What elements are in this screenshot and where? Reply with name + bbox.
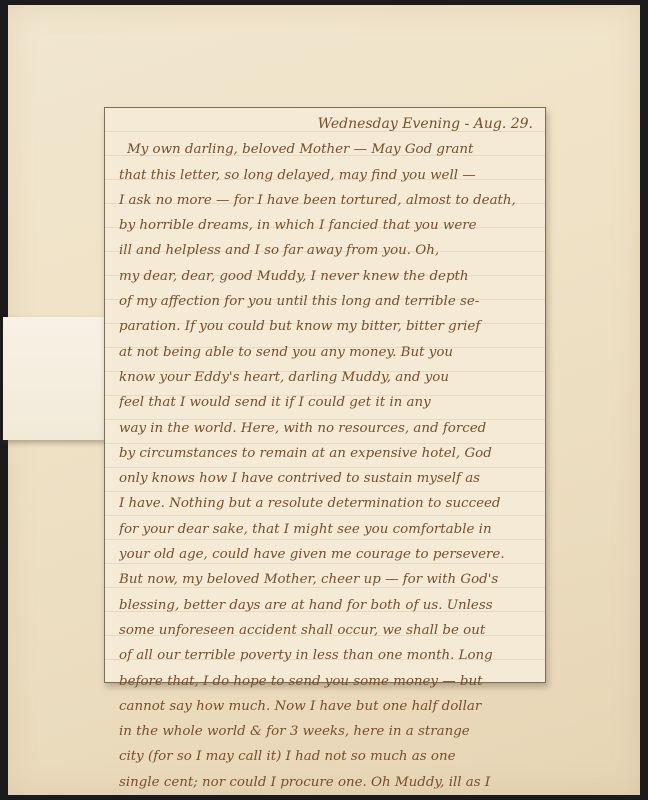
letter-line: feel that I would send it if I could get… bbox=[119, 390, 539, 415]
letter-line: your old age, could have given me courag… bbox=[119, 542, 539, 567]
letter-body: Wednesday Evening - Aug. 29. My own darl… bbox=[119, 112, 539, 795]
letter-line: by circumstances to remain at an expensi… bbox=[119, 441, 539, 466]
letter-line: some unforeseen accident shall occur, we… bbox=[119, 618, 539, 643]
letter-line: way in the world. Here, with no resource… bbox=[119, 416, 539, 441]
letter-line: in the whole world & for 3 weeks, here i… bbox=[119, 719, 539, 744]
letter-dateline: Wednesday Evening - Aug. 29. bbox=[119, 112, 539, 137]
letter-line: that this letter, so long delayed, may f… bbox=[119, 163, 539, 188]
letter-line: My own darling, beloved Mother — May God… bbox=[119, 137, 539, 162]
letter-line: only knows how I have contrived to susta… bbox=[119, 466, 539, 491]
letter-line: at not being able to send you any money.… bbox=[119, 340, 539, 365]
letter-line: my dear, dear, good Muddy, I never knew … bbox=[119, 264, 539, 289]
letter-line: before that, I do hope to send you some … bbox=[119, 669, 539, 694]
letter-line: of all our terrible poverty in less than… bbox=[119, 643, 539, 668]
paper-hinge-tab bbox=[3, 317, 107, 440]
letter-line: I have. Nothing but a resolute determina… bbox=[119, 491, 539, 516]
letter-line: single cent; nor could I procure one. Oh… bbox=[119, 770, 539, 795]
letter-line: But now, my beloved Mother, cheer up — f… bbox=[119, 567, 539, 592]
letter-line: of my affection for you until this long … bbox=[119, 289, 539, 314]
letter-line: ill and helpless and I so far away from … bbox=[119, 238, 539, 263]
letter-line: paration. If you could but know my bitte… bbox=[119, 314, 539, 339]
letter-sheet: Wednesday Evening - Aug. 29. My own darl… bbox=[104, 107, 546, 683]
letter-line: blessing, better days are at hand for bo… bbox=[119, 593, 539, 618]
letter-line: for your dear sake, that I might see you… bbox=[119, 517, 539, 542]
letter-line: city (for so I may call it) I had not so… bbox=[119, 744, 539, 769]
letter-line: by horrible dreams, in which I fancied t… bbox=[119, 213, 539, 238]
letter-line: I ask no more — for I have been tortured… bbox=[119, 188, 539, 213]
letter-line: cannot say how much. Now I have but one … bbox=[119, 694, 539, 719]
letter-line: know your Eddy's heart, darling Muddy, a… bbox=[119, 365, 539, 390]
